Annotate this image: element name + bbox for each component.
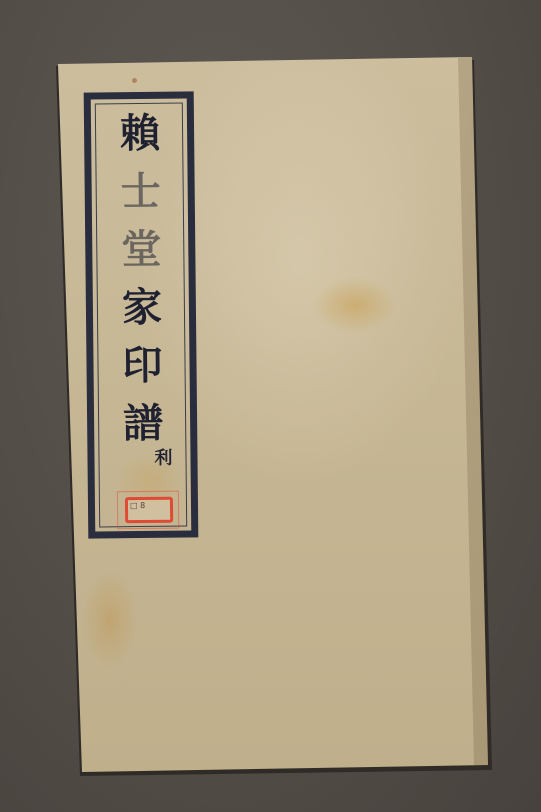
book-title: 賴 士 堂 家 印 譜 [105,105,179,454]
library-stamp: □ 8 [125,497,173,524]
stamp-text: □ 8 [130,501,145,510]
stain-spot [132,78,137,83]
title-char: 士 [120,163,161,221]
title-char: 家 [122,279,163,337]
title-char: 印 [122,337,163,395]
volume-mark: 利 [154,444,172,470]
title-label: 賴 士 堂 家 印 譜 利 □ 8 [84,91,199,538]
title-char: 賴 [120,105,161,163]
title-char: 堂 [121,221,162,279]
